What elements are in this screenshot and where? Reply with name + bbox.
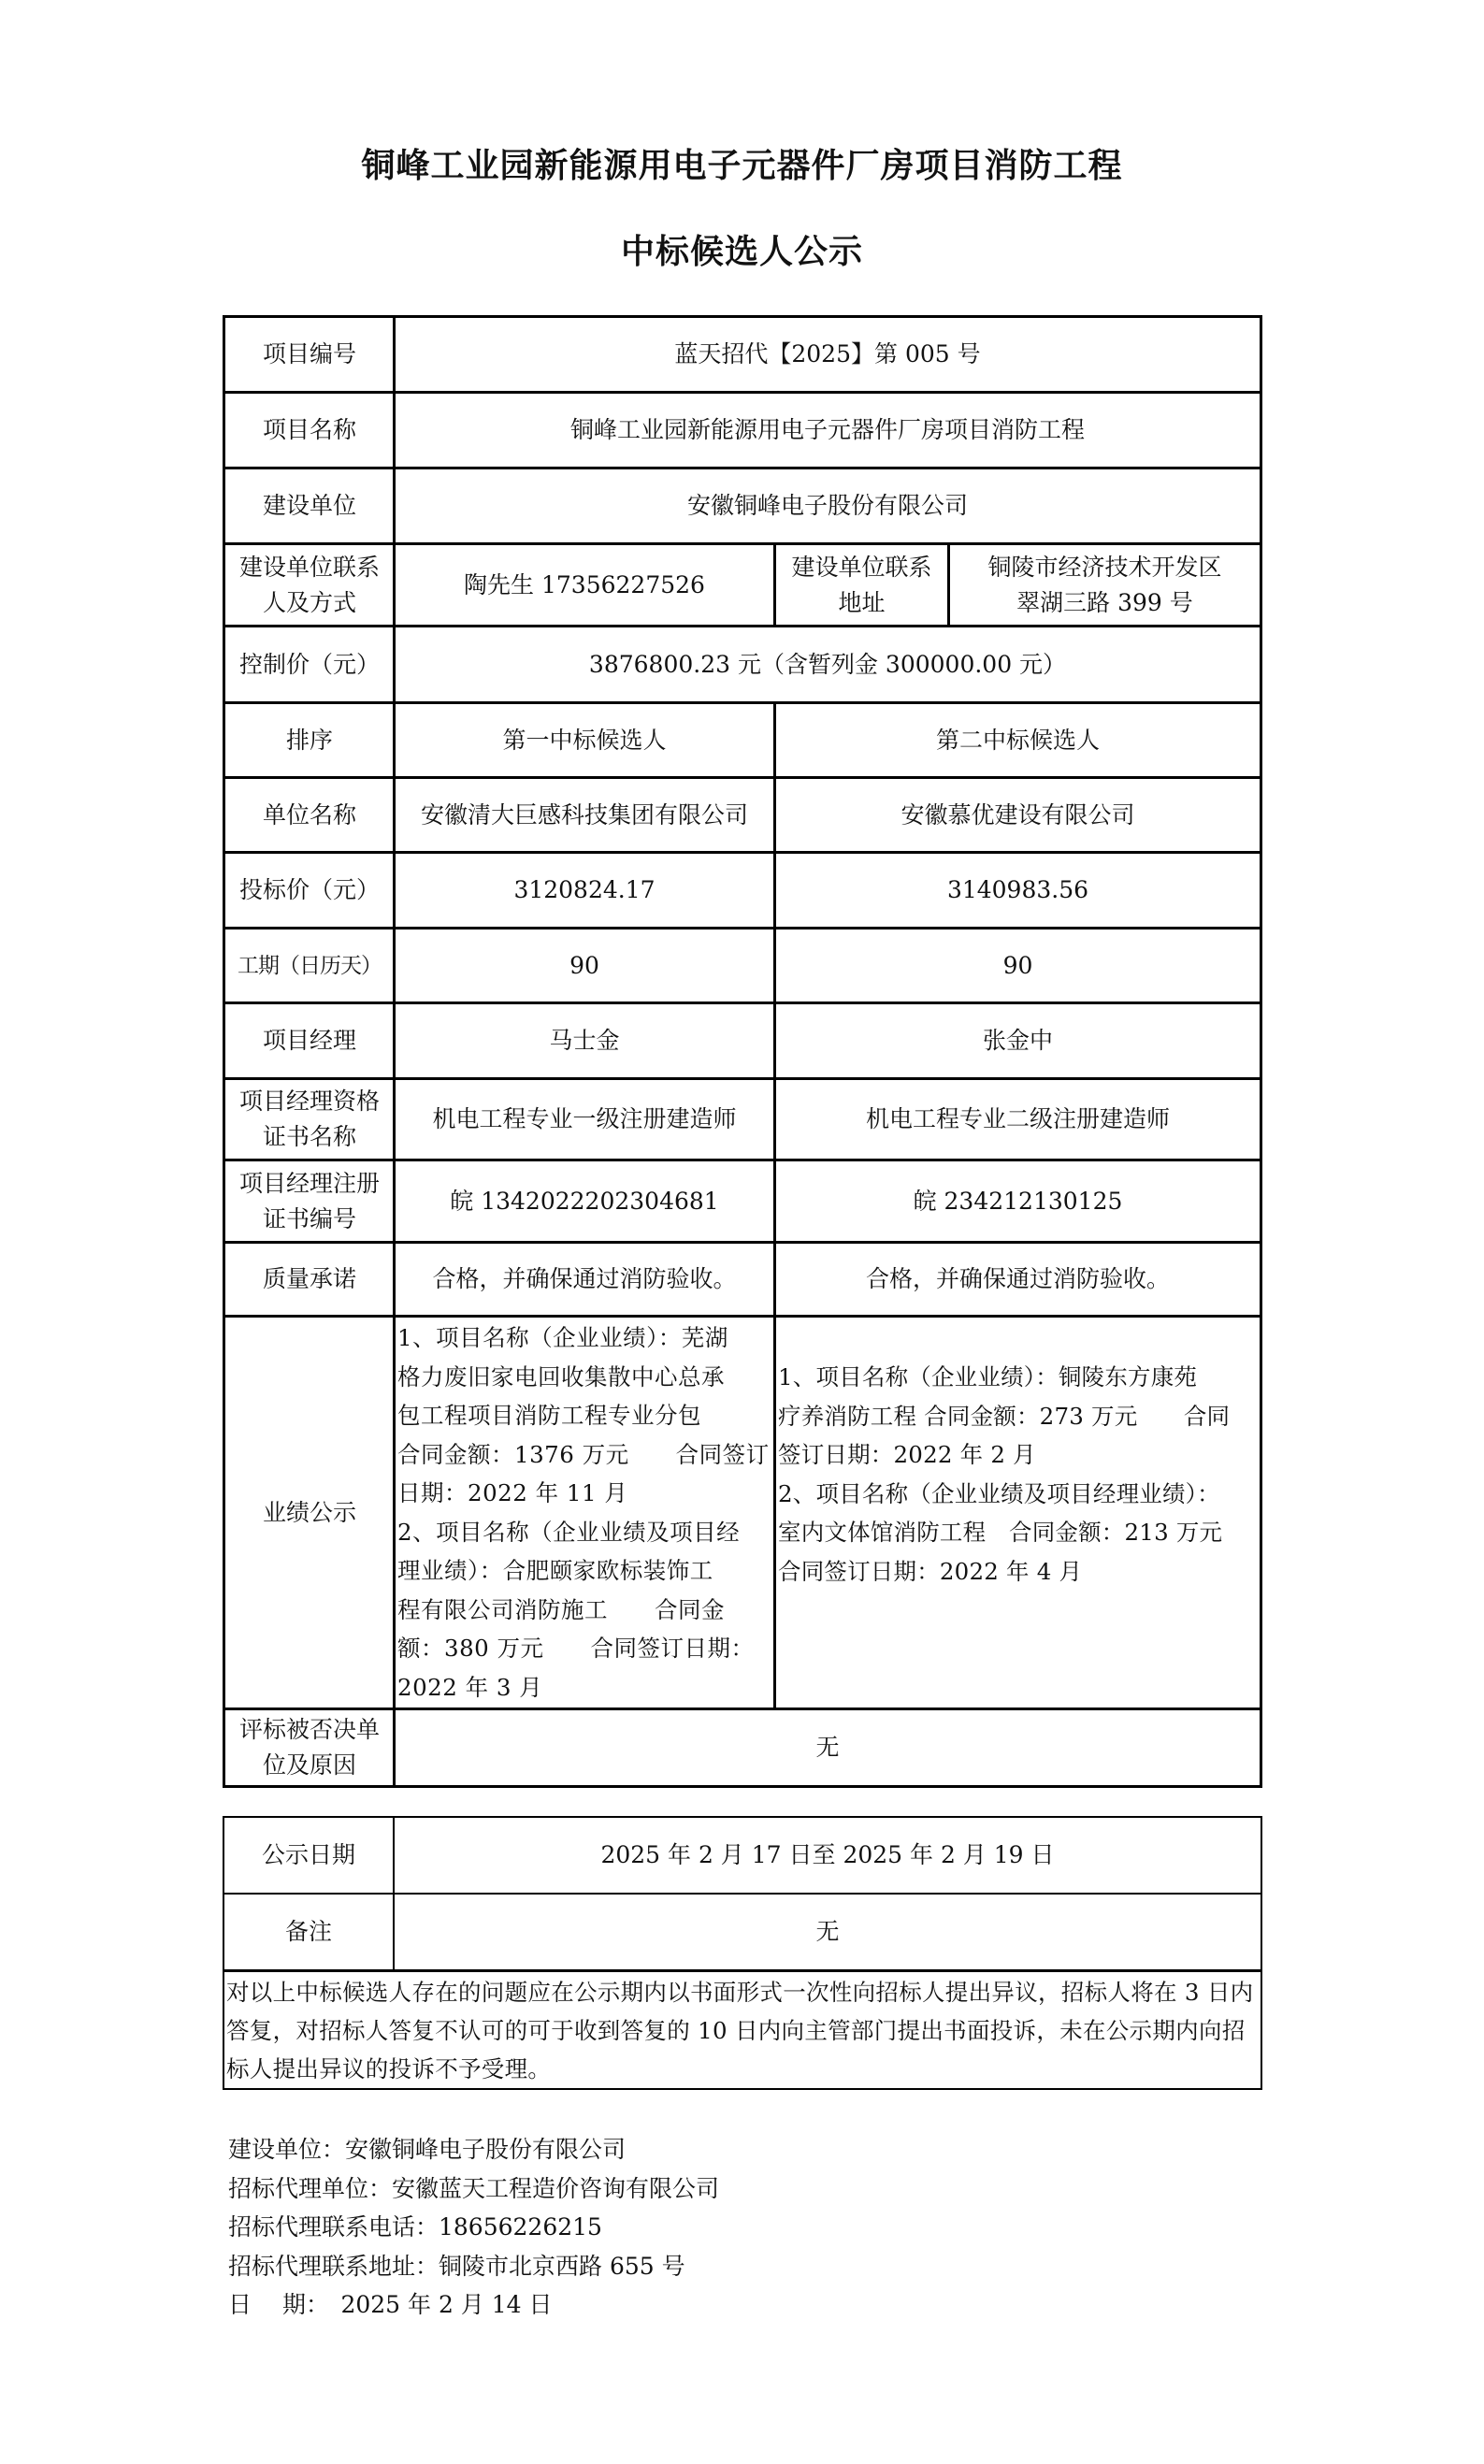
value-owner: 安徽铜峰电子股份有限公司 [396, 469, 1260, 542]
footer-date: 日 期： 2025 年 2 月 14 日 [228, 2285, 719, 2325]
footer-agent: 招标代理单位：安徽蓝天工程造价咨询有限公司 [228, 2169, 719, 2209]
bid-price-first: 3120824.17 [396, 854, 773, 927]
value-project-no: 蓝天招代【2025】第 005 号 [396, 318, 1260, 391]
value-rejected: 无 [396, 1710, 1260, 1785]
label-period: 公示日期 [224, 1818, 393, 1893]
label-contact: 建设单位联系 人及方式 [225, 545, 394, 625]
company-second: 安徽慕优建设有限公司 [776, 779, 1260, 851]
cert-no-first: 皖 1342022202304681 [396, 1161, 773, 1241]
label-control-price: 控制价（元） [225, 627, 394, 701]
quality-second: 合格，并确保通过消防验收。 [776, 1244, 1260, 1315]
duration-first: 90 [396, 929, 773, 1001]
label-bid-price: 投标价（元） [225, 854, 394, 927]
label-company: 单位名称 [225, 779, 394, 851]
manager-second: 张金中 [776, 1004, 1260, 1077]
value-remark: 无 [395, 1895, 1261, 1969]
manager-first: 马士金 [396, 1004, 773, 1077]
value-period: 2025 年 2 月 17 日至 2025 年 2 月 19 日 [395, 1818, 1261, 1893]
label-cert-no: 项目经理注册 证书编号 [225, 1161, 394, 1241]
value-address: 铜陵市经济技术开发区 翠湖三路 399 号 [950, 545, 1260, 625]
label-project-no: 项目编号 [225, 318, 394, 391]
document-subtitle: 中标候选人公示 [0, 236, 1484, 269]
cert-name-first: 机电工程专业一级注册建造师 [396, 1080, 773, 1159]
footer-owner: 建设单位：安徽铜峰电子股份有限公司 [228, 2130, 719, 2169]
label-remark: 备注 [224, 1895, 393, 1969]
performance-second: 1、项目名称（企业业绩）：铜陵东方康苑 疗养消防工程 合同金额：273 万元 合… [776, 1358, 1260, 1704]
label-project-name: 项目名称 [225, 394, 394, 467]
rank-second: 第二中标候选人 [776, 704, 1260, 776]
label-quality: 质量承诺 [225, 1244, 394, 1315]
label-address: 建设单位联系 地址 [776, 545, 947, 625]
candidate-table: 项目编号 蓝天招代【2025】第 005 号 项目名称 铜峰工业园新能源用电子元… [223, 315, 1262, 1788]
label-owner: 建设单位 [225, 469, 394, 542]
rank-first: 第一中标候选人 [396, 704, 773, 776]
objection-notice: 对以上中标候选人存在的问题应在公示期内以书面形式一次性向招标人提出异议，招标人将… [224, 1973, 1261, 2087]
value-project-name: 铜峰工业园新能源用电子元器件厂房项目消防工程 [396, 394, 1260, 467]
value-contact: 陶先生 17356227526 [396, 545, 773, 625]
label-rejected: 评标被否决单 位及原因 [225, 1710, 394, 1785]
value-control-price: 3876800.23 元（含暂列金 300000.00 元） [396, 627, 1260, 701]
label-duration: 工期（日历天） [225, 929, 394, 1001]
document-title: 铜峰工业园新能源用电子元器件厂房项目消防工程 [0, 150, 1484, 183]
quality-first: 合格，并确保通过消防验收。 [396, 1244, 773, 1315]
footer-agent-phone: 招标代理联系电话：18656226215 [228, 2208, 719, 2247]
cert-no-second: 皖 234212130125 [776, 1161, 1260, 1241]
label-performance: 业绩公示 [225, 1318, 394, 1708]
footer-agent-address: 招标代理联系地址：铜陵市北京西路 655 号 [228, 2247, 719, 2286]
footer-info: 建设单位：安徽铜峰电子股份有限公司 招标代理单位：安徽蓝天工程造价咨询有限公司 … [228, 2130, 719, 2325]
company-first: 安徽清大巨感科技集团有限公司 [396, 779, 773, 851]
label-rank: 排序 [225, 704, 394, 776]
publicity-table: 公示日期 2025 年 2 月 17 日至 2025 年 2 月 19 日 备注… [223, 1816, 1262, 2090]
duration-second: 90 [776, 929, 1260, 1001]
label-manager: 项目经理 [225, 1004, 394, 1077]
cert-name-second: 机电工程专业二级注册建造师 [776, 1080, 1260, 1159]
bid-price-second: 3140983.56 [776, 854, 1260, 927]
label-cert-name: 项目经理资格 证书名称 [225, 1080, 394, 1159]
performance-first: 1、项目名称（企业业绩）：芜湖 格力废旧家电回收集散中心总承 包工程项目消防工程… [396, 1318, 773, 1707]
